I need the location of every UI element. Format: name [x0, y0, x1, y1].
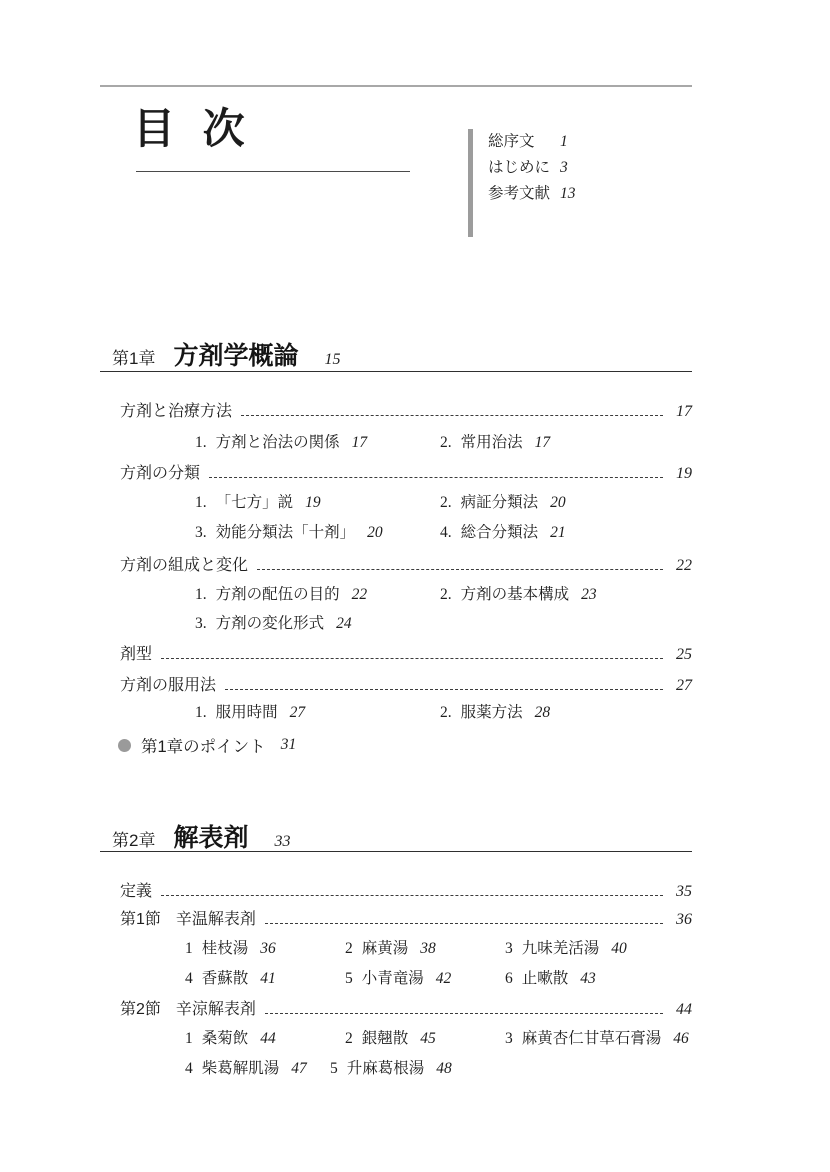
front-matter-page: 13: [560, 181, 576, 207]
front-matter-page: 1: [560, 129, 568, 155]
chapter1-title: 方剤学概論: [173, 336, 298, 372]
section-page: 19: [672, 465, 692, 483]
front-matter-label: はじめに: [488, 155, 560, 181]
subitem: 2.常用治法17: [440, 430, 685, 452]
subitem: 2.服薬方法28: [440, 700, 685, 722]
dot-leader: [225, 689, 663, 690]
chapter2-rule: [100, 851, 692, 852]
section-number: 第2節: [120, 1001, 161, 1018]
chapter1-heading: 第1章 方剤学概論 15: [112, 336, 340, 372]
section-row: 方剤の分類 19: [120, 460, 692, 483]
front-matter-item: はじめに 3: [488, 155, 576, 181]
subitem-row: 3.効能分類法「十剤」20 4.総合分類法21: [195, 520, 685, 542]
chapter1-page: 15: [324, 351, 340, 369]
section-row: 定義 35: [120, 878, 692, 901]
formula-row: 4香蘇散41 5小青竜湯42 6止嗽散43: [185, 966, 695, 988]
chapter1-rule: [100, 371, 692, 372]
front-matter-label: 総序文: [488, 129, 560, 155]
front-matter-page: 3: [560, 155, 568, 181]
section-label: 剤型: [120, 641, 152, 664]
toc-page: 目 次 総序文 1 はじめに 3 参考文献 13 第1章 方剤学概論 15 方剤…: [0, 0, 830, 1172]
section-row: 剤型 25: [120, 641, 692, 664]
points-page: 31: [281, 736, 297, 754]
dot-leader: [209, 477, 663, 478]
subitem: 3.効能分類法「十剤」20: [195, 520, 440, 542]
formula-item: 5小青竜湯42: [345, 966, 505, 988]
subitem-row: 1.服用時間27 2.服薬方法28: [195, 700, 685, 722]
section-page: 17: [672, 403, 692, 421]
section-page: 25: [672, 646, 692, 664]
section-page: 27: [672, 677, 692, 695]
chapter2-label: 第2章: [112, 826, 155, 851]
title-underline: [136, 171, 410, 172]
bullet-icon: [118, 739, 131, 752]
formula-item: 2銀翹散45: [345, 1026, 505, 1048]
formula-item: 2麻黄湯38: [345, 936, 505, 958]
section-page: 36: [672, 911, 692, 929]
dot-leader: [241, 415, 663, 416]
formula-item: 6止嗽散43: [505, 966, 695, 988]
section-label: 方剤の分類: [120, 460, 200, 483]
section-label: 第2節辛涼解表剤: [120, 996, 256, 1019]
section-row: 第1節辛温解表剤 36: [120, 906, 692, 929]
section-page: 35: [672, 883, 692, 901]
section-row: 方剤の服用法 27: [120, 672, 692, 695]
dot-leader: [257, 569, 663, 570]
front-matter-label: 参考文献: [488, 181, 560, 207]
chapter2-title: 解表剤: [173, 818, 248, 854]
formula-row: 4柴葛解肌湯47 5升麻葛根湯48: [185, 1056, 695, 1078]
chapter2-page: 33: [274, 833, 290, 851]
subitem: 1.「七方」説19: [195, 490, 440, 512]
dot-leader: [265, 1013, 663, 1014]
section-label: 方剤の服用法: [120, 672, 216, 695]
formula-item: 4香蘇散41: [185, 966, 345, 988]
formula-item: 4柴葛解肌湯47: [185, 1056, 330, 1078]
section-row: 第2節辛涼解表剤 44: [120, 996, 692, 1019]
section-row: 方剤と治療方法 17: [120, 398, 692, 421]
chapter1-label: 第1章: [112, 344, 155, 369]
section-page: 22: [672, 557, 692, 575]
formula-row: 1桑菊飲44 2銀翹散45 3麻黄杏仁甘草石膏湯46: [185, 1026, 695, 1048]
top-rule: [100, 85, 692, 87]
points-label: 第1章のポイント: [141, 733, 266, 757]
subitem: 1.方剤と治法の関係17: [195, 430, 440, 452]
front-matter-list: 総序文 1 はじめに 3 参考文献 13: [468, 129, 576, 237]
formula-item: 1桂枝湯36: [185, 936, 345, 958]
subitem-row: 1.方剤の配伍の目的22 2.方剤の基本構成23: [195, 582, 685, 604]
section-label: 方剤の組成と変化: [120, 552, 248, 575]
subitem: 2.病証分類法20: [440, 490, 685, 512]
subitem: 1.方剤の配伍の目的22: [195, 582, 440, 604]
formula-item: 3九味羌活湯40: [505, 936, 695, 958]
formula-item: 3麻黄杏仁甘草石膏湯46: [505, 1026, 695, 1048]
front-matter-item: 参考文献 13: [488, 181, 576, 207]
front-matter-item: 総序文 1: [488, 129, 576, 155]
section-number: 第1節: [120, 911, 161, 928]
chapter2-heading: 第2章 解表剤 33: [112, 818, 290, 854]
page-title: 目 次: [133, 104, 248, 154]
chapter1-points-row: 第1章のポイント 31: [118, 733, 296, 757]
subitem-row: 1.方剤と治法の関係17 2.常用治法17: [195, 430, 685, 452]
section-page: 44: [672, 1001, 692, 1019]
dot-leader: [161, 658, 663, 659]
formula-row: 1桂枝湯36 2麻黄湯38 3九味羌活湯40: [185, 936, 695, 958]
subitem: 2.方剤の基本構成23: [440, 582, 685, 604]
section-label: 第1節辛温解表剤: [120, 906, 256, 929]
subitem: 3.方剤の変化形式24: [195, 611, 440, 633]
section-label: 定義: [120, 878, 152, 901]
section-label: 方剤と治療方法: [120, 398, 232, 421]
subitem-row: 3.方剤の変化形式24: [195, 611, 685, 633]
section-row: 方剤の組成と変化 22: [120, 552, 692, 575]
dot-leader: [161, 895, 663, 896]
formula-item: 1桑菊飲44: [185, 1026, 345, 1048]
subitem: 4.総合分類法21: [440, 520, 685, 542]
formula-item: 5升麻葛根湯48: [330, 1056, 695, 1078]
subitem: 1.服用時間27: [195, 700, 440, 722]
subitem-row: 1.「七方」説19 2.病証分類法20: [195, 490, 685, 512]
dot-leader: [265, 923, 663, 924]
